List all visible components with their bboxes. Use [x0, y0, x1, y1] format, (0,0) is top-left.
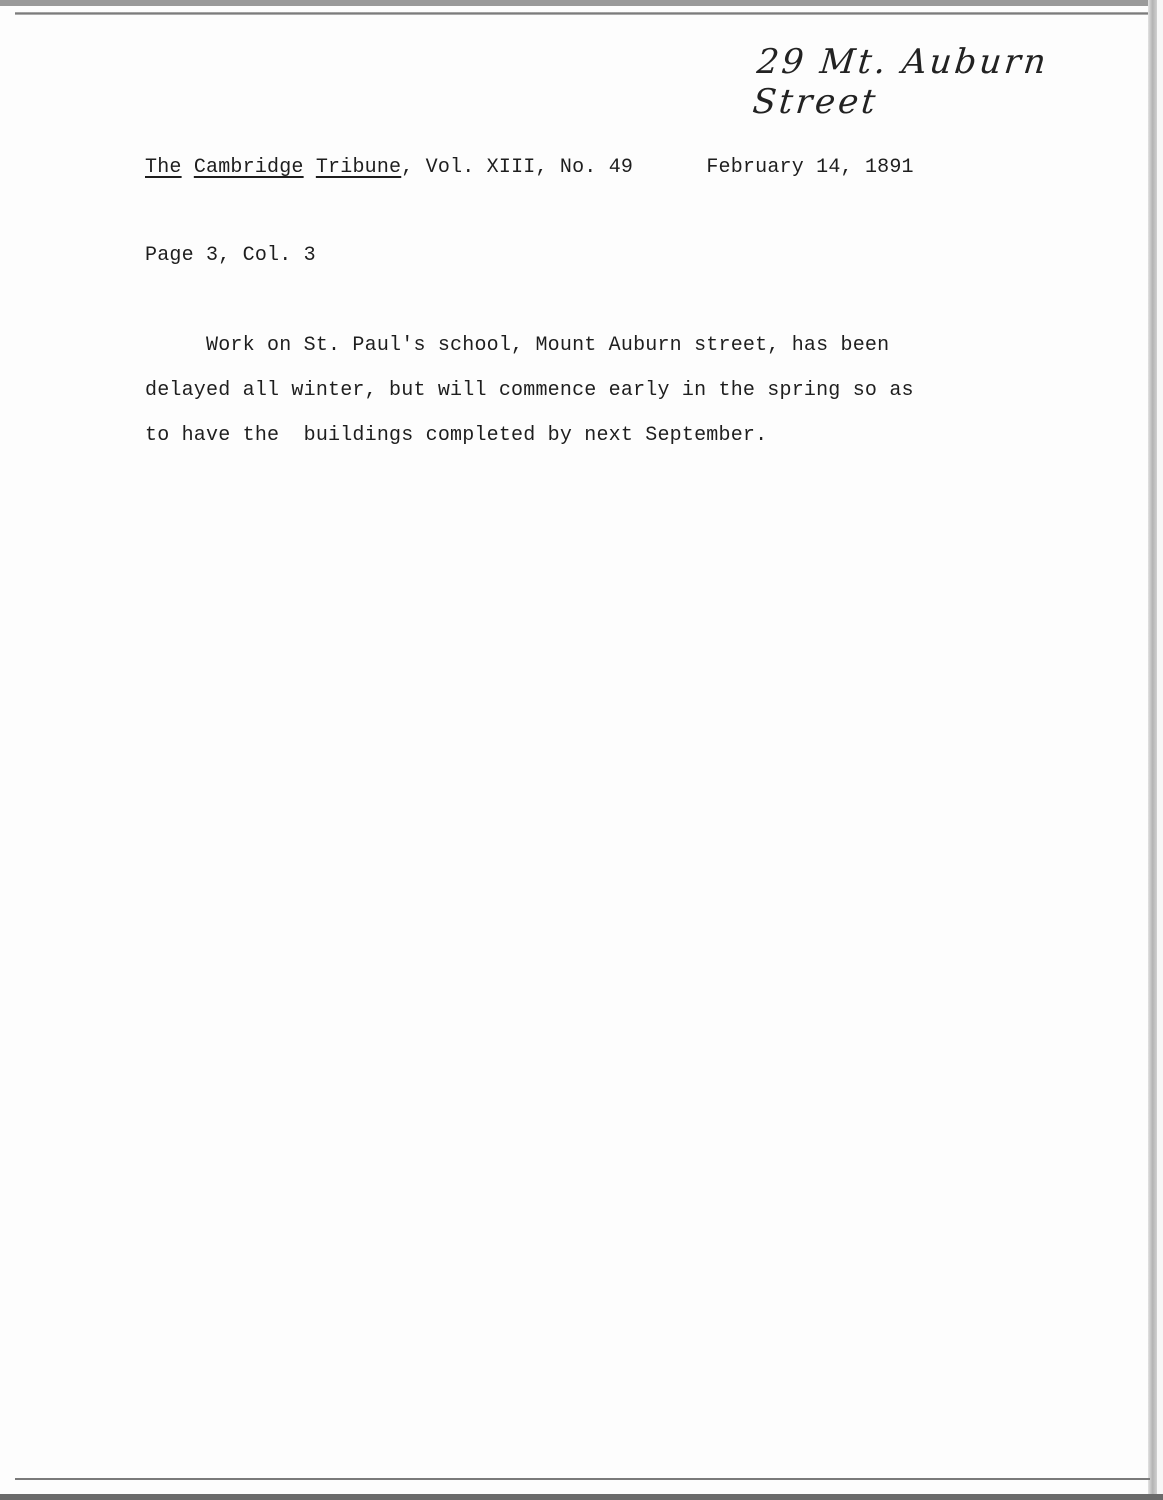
scan-edge-right [1148, 0, 1157, 1500]
page-column-reference: Page 3, Col. 3 [145, 244, 316, 267]
handwritten-address: 29 Mt. Auburn Street [751, 42, 1163, 122]
article-line: Work on St. Paul's school, Mount Auburn … [145, 334, 889, 357]
scan-edge-top [0, 0, 1163, 6]
publication-word-1: The [145, 156, 182, 179]
article-line: delayed all winter, but will commence ea… [145, 379, 914, 402]
citation-line: The Cambridge Tribune, Vol. XIII, No. 49… [145, 156, 914, 179]
scan-edge-bottom [0, 1494, 1163, 1500]
publication-date: February 14, 1891 [706, 156, 913, 179]
document-page: 29 Mt. Auburn Street The Cambridge Tribu… [0, 0, 1163, 1500]
article-line: to have the buildings completed by next … [145, 424, 767, 447]
top-rule [15, 12, 1150, 15]
scan-margin-right [1157, 0, 1163, 1500]
volume-issue: , Vol. XIII, No. 49 [401, 156, 633, 179]
bottom-rule [15, 1478, 1150, 1480]
publication-word-3: Tribune [316, 156, 401, 179]
publication-word-2: Cambridge [194, 156, 304, 179]
